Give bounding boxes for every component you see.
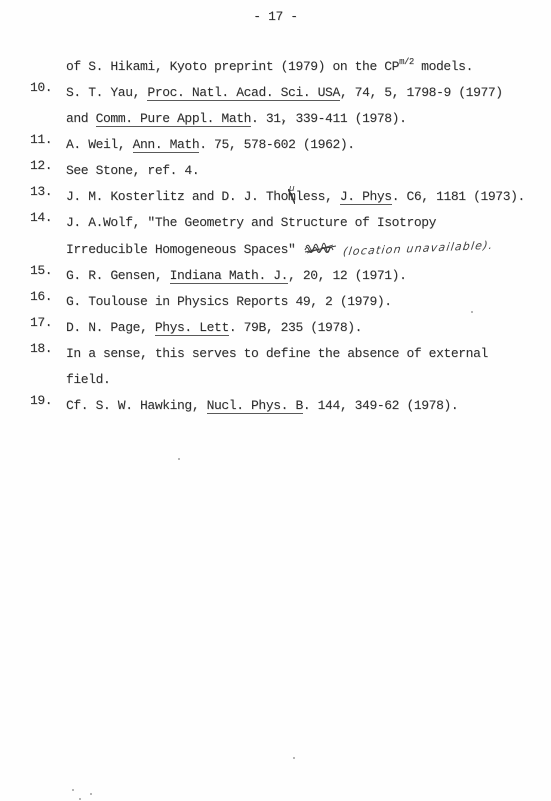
handwritten-annotation: (location unavailable). [341, 233, 495, 266]
superscript-exponent: m/2 [399, 57, 414, 67]
reference-text: J. A.Wolf, "The Geometry and Structure o… [66, 210, 551, 263]
scribbled-out-text [303, 242, 339, 255]
reference-text: See Stone, ref. 4. [66, 158, 551, 184]
text-segment: and [66, 111, 96, 126]
scan-speck [471, 311, 473, 313]
reference-item: 16. G. Toulouse in Physics Reports 49, 2… [0, 289, 551, 315]
scan-speck [178, 458, 180, 460]
text-segment: In a sense, this serves to define the ab… [66, 346, 488, 361]
scan-speck [293, 757, 295, 759]
text-segment: Cf. S. W. Hawking, [66, 398, 207, 413]
reference-number: 19. [30, 393, 66, 419]
reference-number: 17. [30, 315, 66, 341]
reference-text: Cf. S. W. Hawking, Nucl. Phys. B. 144, 3… [66, 393, 551, 419]
reference-text: S. T. Yau, Proc. Natl. Acad. Sci. USA, 7… [66, 80, 551, 132]
reference-text: G. R. Gensen, Indiana Math. J., 20, 12 (… [66, 263, 551, 289]
reference-item: 15. G. R. Gensen, Indiana Math. J., 20, … [0, 263, 551, 289]
text-segment: models. [414, 59, 473, 74]
reference-number: 14. [30, 210, 66, 263]
scan-speck [72, 789, 74, 791]
reference-continuation-line: of S. Hikami, Kyoto preprint (1979) on t… [66, 49, 551, 80]
text-segment: of S. Hikami, Kyoto preprint (1979) on t… [66, 59, 399, 74]
underlined-journal-title: Ann. Math [133, 137, 200, 153]
reference-number: 16. [30, 289, 66, 315]
reference-item: 18. In a sense, this serves to define th… [0, 341, 551, 393]
text-segment: less, [295, 189, 339, 204]
text-segment: S. T. Yau, [66, 85, 147, 100]
underlined-journal-title: Proc. Natl. Acad. Sci. USA [147, 85, 339, 101]
text-segment: G. R. Gensen, [66, 268, 170, 283]
reference-text: G. Toulouse in Physics Reports 49, 2 (19… [66, 289, 551, 315]
underlined-journal-title: J. Phys [340, 189, 392, 205]
reference-number: 12. [30, 158, 66, 184]
reference-item: 11. A. Weil, Ann. Math. 75, 578-602 (196… [0, 132, 551, 158]
underlined-journal-title: Phys. Lett [155, 320, 229, 336]
scan-speck [282, 119, 284, 121]
text-segment: . 144, 349-62 (1978). [303, 398, 458, 413]
text-segment: . 79B, 235 (1978). [229, 320, 362, 335]
scan-speck [79, 798, 81, 800]
underlined-journal-title: Comm. Pure Appl. Math [96, 111, 251, 127]
text-segment: field. [66, 372, 110, 387]
text-segment: , 20, 12 (1971). [288, 268, 406, 283]
text-segment: D. N. Page, [66, 320, 155, 335]
text-segment: . 75, 578-602 (1962). [199, 137, 354, 152]
reference-item: 13. J. M. Kosterlitz and D. J. Thomuless… [0, 184, 551, 210]
reference-item: 10. S. T. Yau, Proc. Natl. Acad. Sci. US… [0, 80, 551, 132]
underlined-journal-title: Indiana Math. J. [170, 268, 288, 284]
reference-item: 14. J. A.Wolf, "The Geometry and Structu… [0, 210, 551, 263]
text-segment: . C6, 1181 (1973). [392, 189, 525, 204]
reference-number: 18. [30, 341, 66, 393]
reference-item: 17. D. N. Page, Phys. Lett. 79B, 235 (19… [0, 315, 551, 341]
reference-item: 19. Cf. S. W. Hawking, Nucl. Phys. B. 14… [0, 393, 551, 419]
text-segment: Irreducible Homogeneous Spaces" [66, 242, 303, 257]
handwritten-correction: u [289, 176, 295, 202]
reference-number: 10. [30, 80, 66, 132]
overstruck-typo: mu [288, 184, 295, 210]
reference-text: In a sense, this serves to define the ab… [66, 341, 551, 393]
text-segment: J. A.Wolf, "The Geometry and Structure o… [66, 215, 436, 230]
reference-text: A. Weil, Ann. Math. 75, 578-602 (1962). [66, 132, 551, 158]
reference-number: 11. [30, 132, 66, 158]
scan-speck [90, 793, 92, 795]
reference-item: 12. See Stone, ref. 4. [0, 158, 551, 184]
text-segment: . 31, 339-411 (1978). [251, 111, 406, 126]
text-segment: See Stone, ref. 4. [66, 163, 199, 178]
text-segment: J. M. Kosterlitz and D. J. Tho [66, 189, 288, 204]
reference-number: 15. [30, 263, 66, 289]
reference-text: J. M. Kosterlitz and D. J. Thomuless, J.… [66, 184, 551, 210]
text-segment: A. Weil, [66, 137, 133, 152]
text-segment: G. Toulouse in Physics Reports 49, 2 (19… [66, 294, 392, 309]
page-number: - 17 - [0, 0, 551, 25]
underlined-journal-title: Nucl. Phys. B [207, 398, 303, 414]
reference-number: 13. [30, 184, 66, 210]
text-segment: , 74, 5, 1798-9 (1977) [340, 85, 503, 100]
scanned-paper-page: - 17 - of S. Hikami, Kyoto preprint (197… [0, 0, 551, 801]
reference-text: D. N. Page, Phys. Lett. 79B, 235 (1978). [66, 315, 551, 341]
references-body: of S. Hikami, Kyoto preprint (1979) on t… [0, 49, 551, 419]
